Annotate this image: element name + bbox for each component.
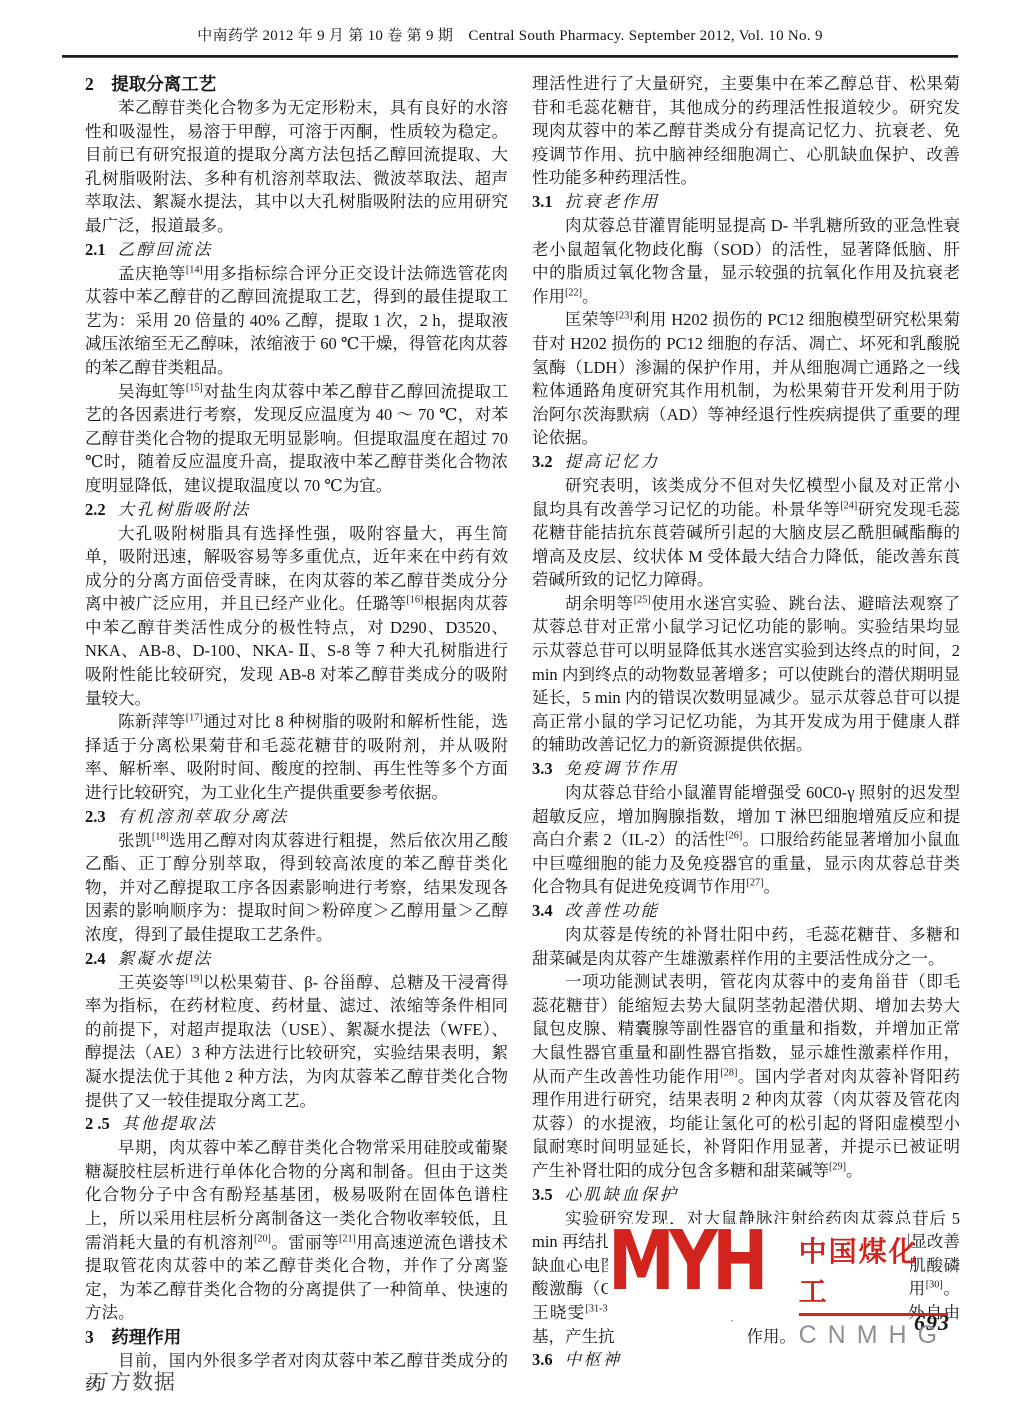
subsection-title: 大孔树脂吸附法 <box>118 500 251 519</box>
subsection-number: 2.2 <box>85 500 106 519</box>
paragraph-continuation: 理活性进行了大量研究，主要集中在苯乙醇总苷、松果菊苷和毛蕊花糖苷，其他成分的药理… <box>532 72 960 190</box>
subsection-title: 中枢神 <box>565 1350 622 1369</box>
subsection-title: 有机溶剂萃取分离法 <box>118 807 289 826</box>
watermark-text: 中国煤化工 CNMHG <box>799 1230 948 1350</box>
subsection-title: 乙醇回流法 <box>118 240 213 259</box>
watermark-name-en: CNMHG <box>799 1321 948 1350</box>
subsection-heading: 2.1乙醇回流法 <box>85 238 508 262</box>
subsection-title: 心肌缺血保护 <box>565 1185 679 1204</box>
subsection-heading: 2.4絮凝水提法 <box>85 947 508 971</box>
subsection-number: 3.5 <box>532 1185 553 1204</box>
paragraph: 肉苁蓉总苷灌胃能明显提高 D- 半乳糖所致的亚急性衰老小鼠超氧化物歧化酶（SOD… <box>532 214 960 308</box>
scanned-paper-page: 中南药学 2012 年 9 月 第 10 卷 第 9 期 Central Sou… <box>0 0 1023 1422</box>
subsection-title: 免疫调节作用 <box>565 759 679 778</box>
paragraph: 苯乙醇苷类化合物多为无定形粉末，具有良好的水溶性和吸湿性，易溶于甲醇，可溶于丙酮… <box>85 96 508 238</box>
paragraph: 孟庆艳等[14]用多指标综合评分正交设计法筛选管花肉苁蓉中苯乙醇苷的乙醇回流提取… <box>85 262 508 380</box>
subsection-heading: 3.5心肌缺血保护 <box>532 1183 960 1207</box>
journal-header: 中南药学 2012 年 9 月 第 10 卷 第 9 期 Central Sou… <box>60 24 960 45</box>
paragraph: 早期，肉苁蓉中苯乙醇苷类化合物常采用硅胶或葡聚糖凝胶柱层析进行单体化合物的分离和… <box>85 1136 508 1325</box>
subsection-heading: 3.6中枢神 <box>532 1348 960 1372</box>
section-heading: 3 药理作用 <box>85 1325 508 1349</box>
subsection-number: 3.3 <box>532 759 553 778</box>
subsection-heading: 3.1抗衰老作用 <box>532 190 960 214</box>
subsection-number: 2.1 <box>85 240 106 259</box>
subsection-title: 抗衰老作用 <box>565 192 660 211</box>
subsection-heading: 2.2大孔树脂吸附法 <box>85 498 508 522</box>
subsection-number: 2.3 <box>85 807 106 826</box>
paragraph: 张凯[18]选用乙醇对肉苁蓉进行粗提，然后依次用乙酸乙酯、正丁醇分别萃取，得到较… <box>85 829 508 947</box>
watermark-name-cn: 中国煤化工 <box>799 1230 948 1316</box>
subsection-number: 2 .5 <box>85 1114 110 1133</box>
header-divider <box>62 55 958 58</box>
subsection-title: 改善性功能 <box>565 901 660 920</box>
subsection-heading: 2 .5其他提取法 <box>85 1112 508 1136</box>
coal-chem-logo-icon: MYH <box>608 1224 763 1299</box>
subsection-heading: 3.2提高记忆力 <box>532 450 960 474</box>
paragraph: 陈新萍等[17]通过对比 8 种树脂的吸附和解析性能，选择适于分离松果菊苷和毛蕊… <box>85 710 508 804</box>
subsection-title: 其他提取法 <box>122 1114 217 1133</box>
paragraph: 胡余明等[25]使用水迷宫实验、跳台法、避暗法观察了苁蓉总苷对正常小鼠学习记忆功… <box>532 592 960 757</box>
subsection-heading: 2.3有机溶剂萃取分离法 <box>85 805 508 829</box>
subsection-number: 2.4 <box>85 949 106 968</box>
subsection-number: 3.1 <box>532 192 553 211</box>
wanfang-data-mark: 万方数据 <box>88 1366 176 1396</box>
paragraph: 一项功能测试表明，管花肉苁蓉中的麦角甾苷（即毛蕊花糖苷）能缩短去势大鼠阴茎勃起潜… <box>532 970 960 1182</box>
section-heading: 2 提取分离工艺 <box>85 72 508 96</box>
paragraph: 研究表明，该类成分不但对失忆模型小鼠及对正常小鼠均具有改善学习记忆的功能。朴景华… <box>532 474 960 592</box>
paragraph: 肉苁蓉是传统的补肾壮阳中药，毛蕊花糖苷、多糖和甜菜碱是肉苁蓉产生雄激素样作用的主… <box>532 923 960 970</box>
left-column: 2 提取分离工艺 苯乙醇苷类化合物多为无定形粉末，具有良好的水溶性和吸湿性，易溶… <box>85 72 508 1396</box>
paragraph: 吴海虹等[15]对盐生肉苁蓉中苯乙醇苷乙醇回流提取工艺的各因素进行考察，发现反应… <box>85 380 508 498</box>
subsection-title: 絮凝水提法 <box>118 949 213 968</box>
paragraph: 匡荣等[23]利用 H202 损伤的 PC12 细胞模型研究松果菊苷对 H202… <box>532 308 960 450</box>
subsection-number: 3.6 <box>532 1350 553 1369</box>
subsection-number: 3.4 <box>532 901 553 920</box>
paragraph: 大孔吸附树脂具有选择性强，吸附容量大，再生简单，吸附迅速，解吸容易等多重优点，近… <box>85 522 508 711</box>
subsection-heading: 3.3免疫调节作用 <box>532 757 960 781</box>
subsection-title: 提高记忆力 <box>565 452 660 471</box>
subsection-heading: 3.4改善性功能 <box>532 899 960 923</box>
right-column: 理活性进行了大量研究，主要集中在苯乙醇总苷、松果菊苷和毛蕊花糖苷，其他成分的药理… <box>532 72 960 1372</box>
watermark-overlay: MYH 中国煤化工 CNMHG <box>608 1224 908 1320</box>
paragraph: 王英姿等[19]以松果菊苷、β- 谷甾醇、总糖及干浸膏得率为指标，在药材粒度、药… <box>85 971 508 1113</box>
paragraph: 肉苁蓉总苷给小鼠灌胃能增强受 60C0-γ 照射的迟发型超敏反应，增加胸腺指数，… <box>532 781 960 899</box>
subsection-number: 3.2 <box>532 452 553 471</box>
